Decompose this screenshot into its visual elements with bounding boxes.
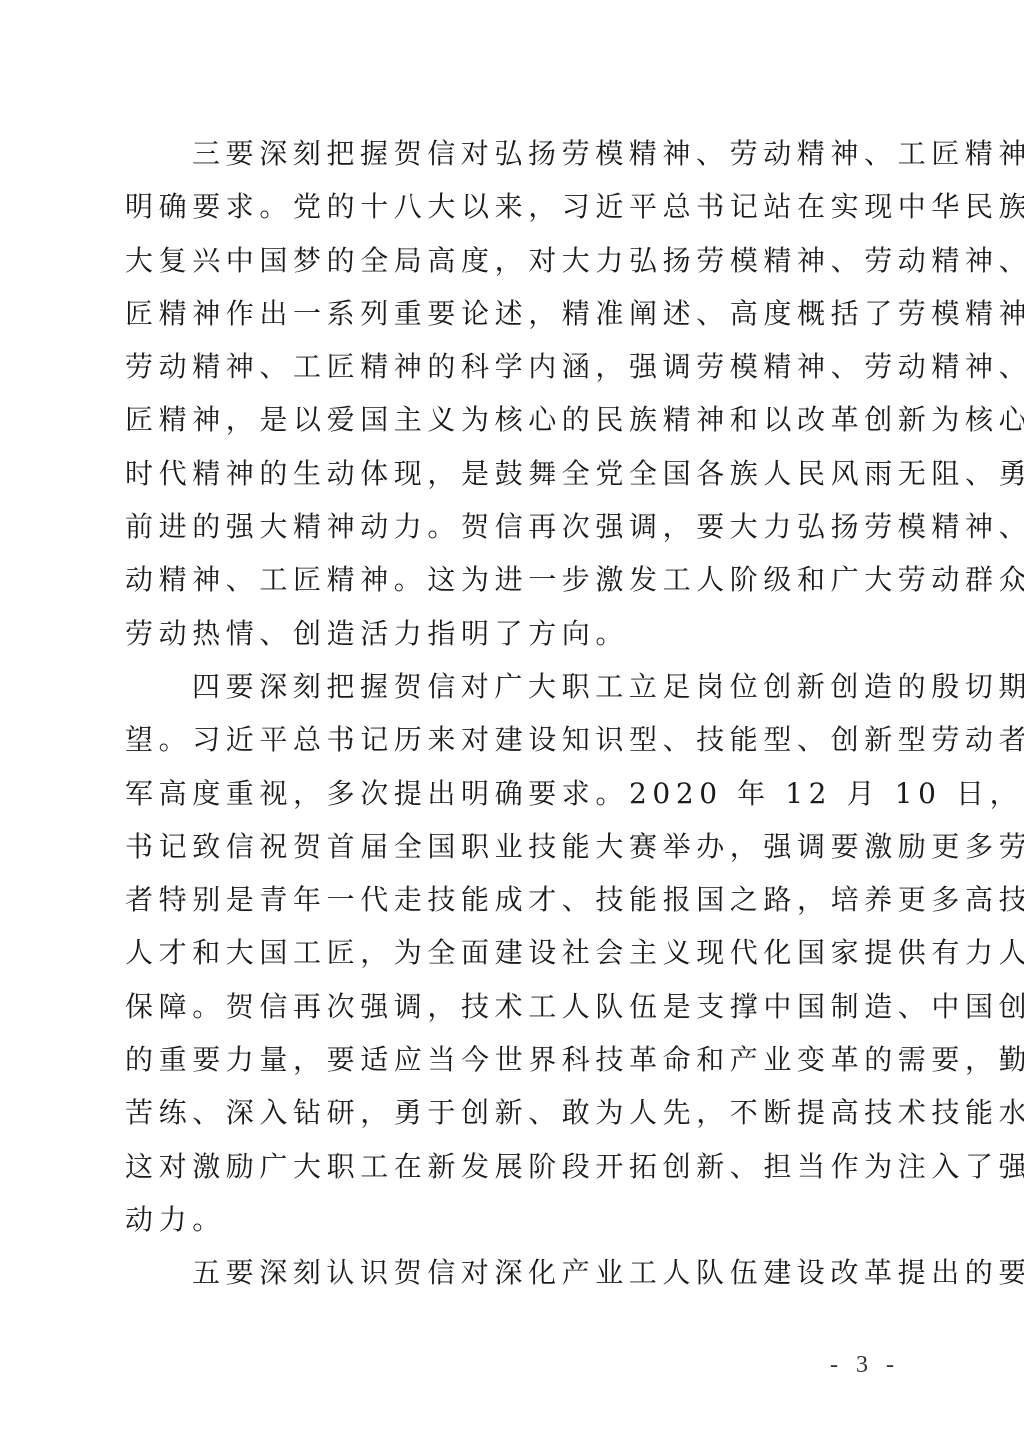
paragraph-five-requirement: 五要深刻认识贺信对深化产业工人队伍建设改革提出的要 (125, 1246, 905, 1299)
text-line: 劳动热情、创造活力指明了方向。 (125, 607, 905, 660)
text-line: 动精神、工匠精神。这为进一步激发工人阶级和广大劳动群众的 (125, 553, 905, 606)
text-line: 苦练、深入钻研，勇于创新、敢为人先，不断提高技术技能水平。 (125, 1086, 905, 1139)
text-line: 人才和大国工匠，为全面建设社会主义现代化国家提供有力人才 (125, 926, 905, 979)
text-line: 匠精神，是以爱国主义为核心的民族精神和以改革创新为核心的 (125, 393, 905, 446)
text-line: 保障。贺信再次强调，技术工人队伍是支撑中国制造、中国创造 (125, 980, 905, 1033)
text-line: 望。习近平总书记历来对建设知识型、技能型、创新型劳动者大 (125, 713, 905, 766)
text-line: 前进的强大精神动力。贺信再次强调，要大力弘扬劳模精神、劳 (125, 500, 905, 553)
paragraph-three-requirement: 三要深刻把握贺信对弘扬劳模精神、劳动精神、工匠精神的 明确要求。党的十八大以来，… (125, 127, 905, 660)
text-line: 明确要求。党的十八大以来，习近平总书记站在实现中华民族伟 (125, 180, 905, 233)
paragraph-four-requirement: 四要深刻把握贺信对广大职工立足岗位创新创造的殷切期 望。习近平总书记历来对建设知… (125, 660, 905, 1246)
text-line: 三要深刻把握贺信对弘扬劳模精神、劳动精神、工匠精神的 (125, 127, 905, 180)
text-line: 军高度重视，多次提出明确要求。2020 年 12 月 10 日，习近平总 (125, 767, 905, 820)
page-number: - 3 - (830, 1352, 900, 1379)
text-line: 的重要力量，要适应当今世界科技革命和产业变革的需要，勤学 (125, 1033, 905, 1086)
text-line: 劳动精神、工匠精神的科学内涵，强调劳模精神、劳动精神、工 (125, 340, 905, 393)
text-line: 匠精神作出一系列重要论述，精准阐述、高度概括了劳模精神、 (125, 287, 905, 340)
text-line: 这对激励广大职工在新发展阶段开拓创新、担当作为注入了强大 (125, 1140, 905, 1193)
text-line: 动力。 (125, 1193, 905, 1246)
text-line: 书记致信祝贺首届全国职业技能大赛举办，强调要激励更多劳动 (125, 820, 905, 873)
text-line: 大复兴中国梦的全局高度，对大力弘扬劳模精神、劳动精神、工 (125, 234, 905, 287)
text-line: 时代精神的生动体现，是鼓舞全党全国各族人民风雨无阻、勇敢 (125, 447, 905, 500)
text-line: 者特别是青年一代走技能成才、技能报国之路，培养更多高技能 (125, 873, 905, 926)
document-page: 三要深刻把握贺信对弘扬劳模精神、劳动精神、工匠精神的 明确要求。党的十八大以来，… (0, 0, 1024, 1447)
document-body: 三要深刻把握贺信对弘扬劳模精神、劳动精神、工匠精神的 明确要求。党的十八大以来，… (125, 127, 905, 1300)
text-line: 五要深刻认识贺信对深化产业工人队伍建设改革提出的要 (125, 1246, 905, 1299)
text-line: 四要深刻把握贺信对广大职工立足岗位创新创造的殷切期 (125, 660, 905, 713)
